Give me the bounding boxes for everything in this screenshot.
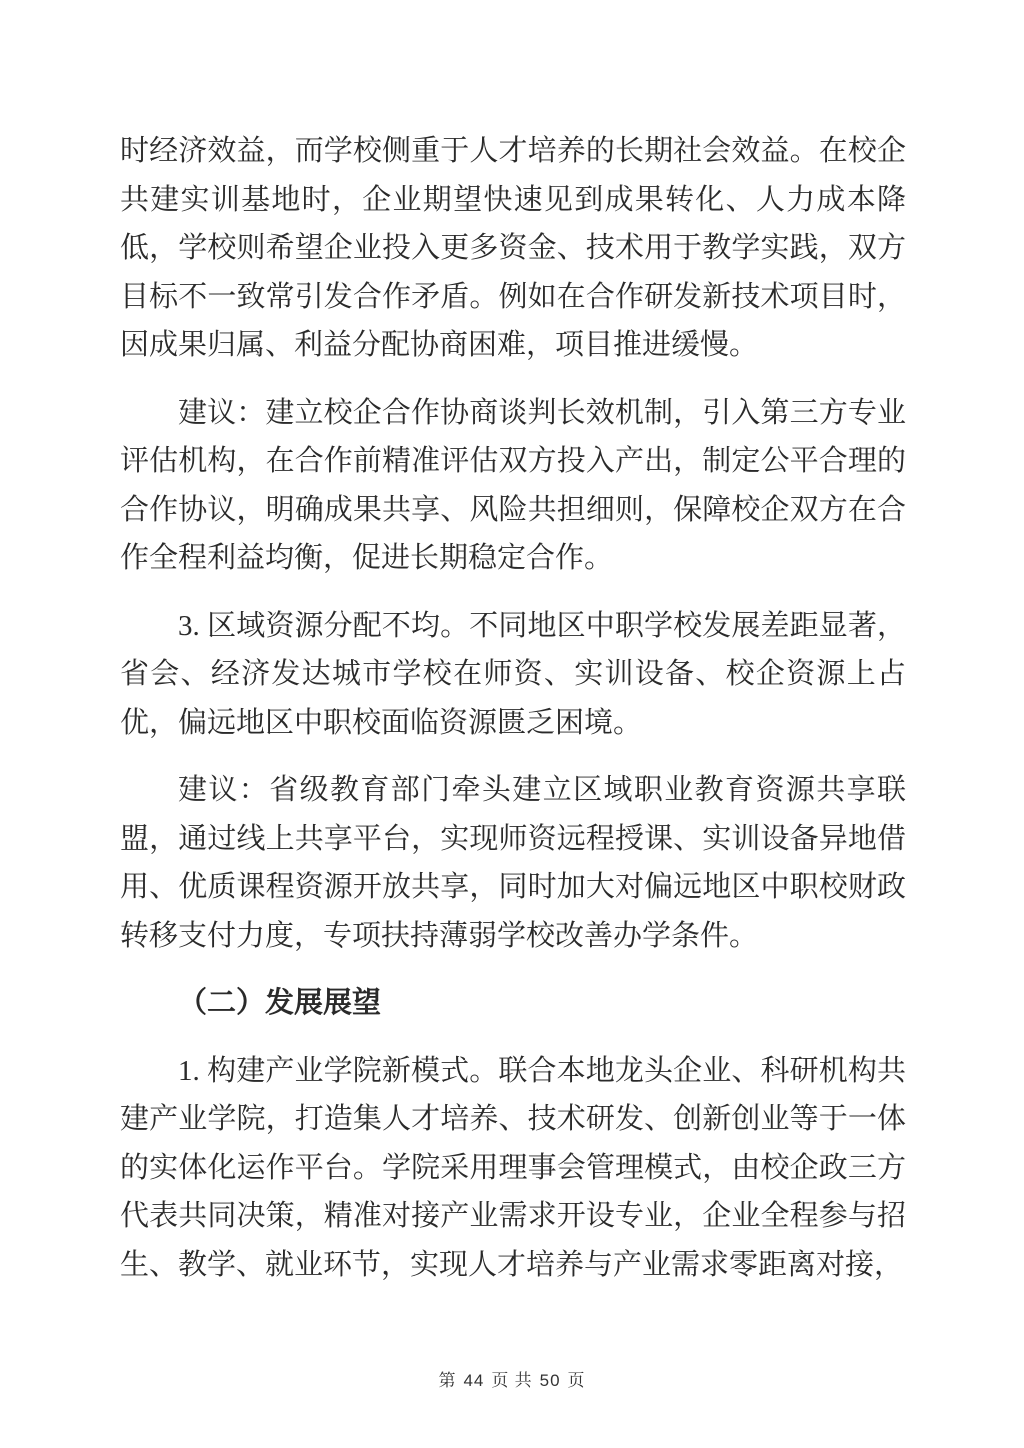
body-paragraph-suggestion-2: 建议：省级教育部门牵头建立区域职业教育资源共享联盟，通过线上共享平台，实现师资远…: [120, 766, 906, 960]
page-number-footer: 第44页 共50页: [0, 1366, 1024, 1391]
footer-text-before-page: 第: [438, 1371, 456, 1390]
document-body: 时经济效益，而学校侧重于人才培养的长期社会效益。在校企共建实训基地时，企业期望快…: [120, 127, 906, 1308]
body-paragraph-continuation: 时经济效益，而学校侧重于人才培养的长期社会效益。在校企共建实训基地时，企业期望快…: [120, 127, 906, 370]
document-page: 时经济效益，而学校侧重于人才培养的长期社会效益。在校企共建实训基地时，企业期望快…: [0, 0, 1024, 1448]
body-paragraph-item-1: 1. 构建产业学院新模式。联合本地龙头企业、科研机构共建产业学院，打造集人才培养…: [120, 1047, 906, 1290]
footer-text-between: 页 共: [491, 1371, 532, 1390]
section-heading: （二）发展展望: [120, 979, 906, 1028]
footer-current-page: 44: [463, 1371, 484, 1390]
footer-total-pages: 50: [540, 1371, 561, 1390]
footer-text-after: 页: [568, 1371, 586, 1390]
body-paragraph-suggestion-1: 建议：建立校企合作协商谈判长效机制，引入第三方专业评估机构，在合作前精准评估双方…: [120, 389, 906, 583]
body-paragraph-item-3: 3. 区域资源分配不均。不同地区中职学校发展差距显著，省会、经济发达城市学校在师…: [120, 602, 906, 748]
